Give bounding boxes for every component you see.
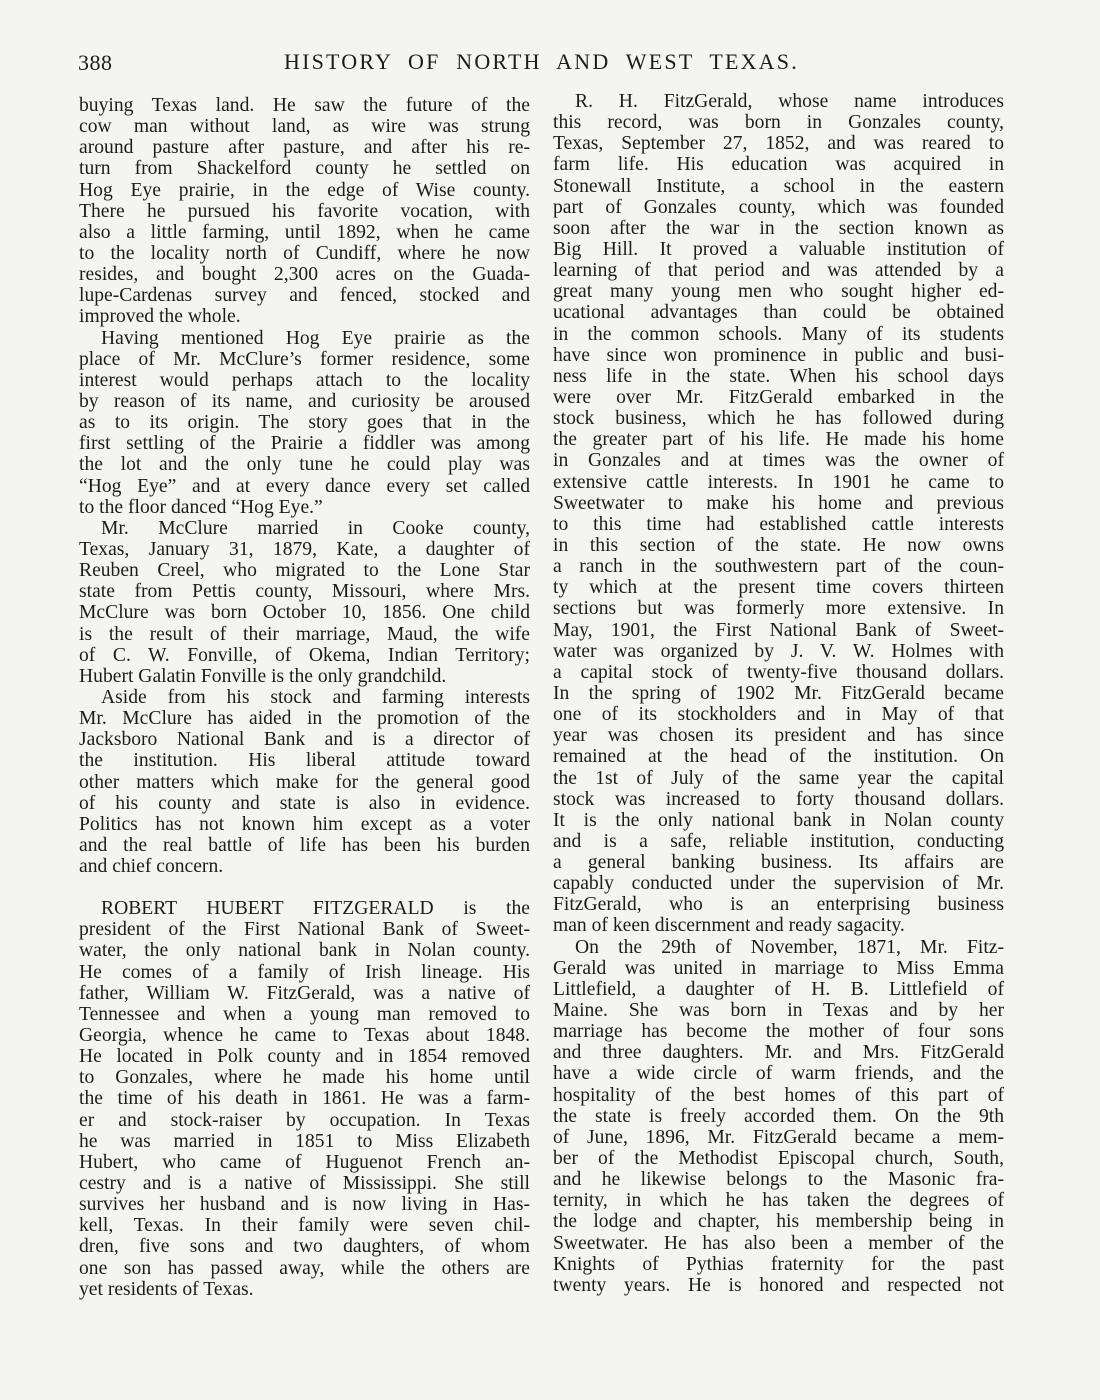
text-line: to the floor danced “Hog Eye.” xyxy=(79,497,530,518)
text-line: part of Gonzales county, which was found… xyxy=(553,197,1004,218)
text-line: er and stock-raiser by occupation. In Te… xyxy=(79,1110,530,1131)
running-title: HISTORY OF NORTH AND WEST TEXAS. xyxy=(284,49,799,75)
text-line: in this section of the state. He now own… xyxy=(553,535,1004,556)
text-line: It is the only national bank in Nolan co… xyxy=(553,810,1004,831)
text-line: first settling of the Prairie a fiddler … xyxy=(79,433,530,454)
text-line: ber of the Methodist Episcopal church, S… xyxy=(553,1148,1004,1169)
text-line: state from Pettis county, Missouri, wher… xyxy=(79,581,530,602)
text-line: McClure was born October 10, 1856. One c… xyxy=(79,602,530,623)
text-line: and he likewise belongs to the Masonic f… xyxy=(553,1169,1004,1190)
text-line: Reuben Creel, who migrated to the Lone S… xyxy=(79,560,530,581)
text-line: Politics has not known him except as a v… xyxy=(79,814,530,835)
text-line: There he pursued his favorite vocation, … xyxy=(79,201,530,222)
text-line: extensive cattle interests. In 1901 he c… xyxy=(553,472,1004,493)
text-line: turn from Shackelford county he settled … xyxy=(79,158,530,179)
text-line: cow man without land, as wire was strung xyxy=(79,116,530,137)
text-line: president of the First National Bank of … xyxy=(79,919,530,940)
text-line: of his county and state is also in evide… xyxy=(79,793,530,814)
paragraph: buying Texas land. He saw the future of … xyxy=(79,95,530,328)
text-line: Hubert Galatin Fonville is the only gran… xyxy=(79,666,530,687)
text-line: around pasture after pasture, and after … xyxy=(79,137,530,158)
text-line: Texas, September 27, 1852, and was reare… xyxy=(553,133,1004,154)
text-line: interest would perhaps attach to the loc… xyxy=(79,370,530,391)
text-line: one son has passed away, while the other… xyxy=(79,1258,530,1279)
text-line: kell, Texas. In their family were seven … xyxy=(79,1215,530,1236)
text-line: Sweetwater. He has also been a member of… xyxy=(553,1233,1004,1254)
text-line: He comes of a family of Irish lineage. H… xyxy=(79,962,530,983)
text-line: Mr. McClure married in Cooke county, xyxy=(79,518,530,539)
text-line: in the common schools. Many of its stude… xyxy=(553,324,1004,345)
text-line: this record, was born in Gonzales county… xyxy=(553,112,1004,133)
text-line: to Gonzales, where he made his home unti… xyxy=(79,1067,530,1088)
text-line: On the 29th of November, 1871, Mr. Fitz- xyxy=(553,937,1004,958)
text-line: Big Hill. It proved a valuable instituti… xyxy=(553,239,1004,260)
text-line: Aside from his stock and farming interes… xyxy=(79,687,530,708)
text-line: place of Mr. McClure’s former residence,… xyxy=(79,349,530,370)
text-line: FitzGerald, who is an enterprising busin… xyxy=(553,894,1004,915)
text-line: in Gonzales and at times was the owner o… xyxy=(553,450,1004,471)
text-line: of C. W. Fonville, of Okema, Indian Terr… xyxy=(79,645,530,666)
text-line: Jacksboro National Bank and is a directo… xyxy=(79,729,530,750)
text-line: yet residents of Texas. xyxy=(79,1279,530,1300)
paragraph: Aside from his stock and farming interes… xyxy=(79,687,530,877)
text-line: capably conducted under the supervision … xyxy=(553,873,1004,894)
text-line: Tennessee and when a young man removed t… xyxy=(79,1004,530,1025)
text-line: year was chosen its president and has si… xyxy=(553,725,1004,746)
text-line: improved the whole. xyxy=(79,306,530,327)
text-line: the time of his death in 1861. He was a … xyxy=(79,1088,530,1109)
text-line: water, the only national bank in Nolan c… xyxy=(79,940,530,961)
text-line: R. H. FitzGerald, whose name introduces xyxy=(553,91,1004,112)
text-line: resides, and bought 2,300 acres on the G… xyxy=(79,264,530,285)
text-line: also a little farming, until 1892, when … xyxy=(79,222,530,243)
text-line: stock was increased to forty thousand do… xyxy=(553,789,1004,810)
text-line: one of its stockholders and in May of th… xyxy=(553,704,1004,725)
text-line: Having mentioned Hog Eye prairie as the xyxy=(79,328,530,349)
text-line: Georgia, whence he came to Texas about 1… xyxy=(79,1025,530,1046)
text-line: Littlefield, a daughter of H. B. Littlef… xyxy=(553,979,1004,1000)
paragraph-gap xyxy=(79,877,530,898)
text-line: Gerald was united in marriage to Miss Em… xyxy=(553,958,1004,979)
text-line: “Hog Eye” and at every dance every set c… xyxy=(79,476,530,497)
text-line: buying Texas land. He saw the future of … xyxy=(79,95,530,116)
text-line: Mr. McClure has aided in the promotion o… xyxy=(79,708,530,729)
text-line: May, 1901, the First National Bank of Sw… xyxy=(553,620,1004,641)
text-line: to the locality north of Cundiff, where … xyxy=(79,243,530,264)
paragraph: Having mentioned Hog Eye prairie as thep… xyxy=(79,328,530,518)
text-line: the 1st of July of the same year the cap… xyxy=(553,768,1004,789)
text-line: Stonewall Institute, a school in the eas… xyxy=(553,176,1004,197)
text-line: the institution. His liberal attitude to… xyxy=(79,750,530,771)
page-number: 388 xyxy=(78,50,113,76)
text-line: as to its origin. The story goes that in… xyxy=(79,412,530,433)
text-line: and the real battle of life has been his… xyxy=(79,835,530,856)
text-line: have a wide circle of warm friends, and … xyxy=(553,1063,1004,1084)
text-line: Hog Eye prairie, in the edge of Wise cou… xyxy=(79,180,530,201)
text-line: other matters which make for the general… xyxy=(79,772,530,793)
text-line: He located in Polk county and in 1854 re… xyxy=(79,1046,530,1067)
text-line: the lot and the only tune he could play … xyxy=(79,454,530,475)
text-line: and chief concern. xyxy=(79,856,530,877)
text-line: he was married in 1851 to Miss Elizabeth xyxy=(79,1131,530,1152)
paragraph: R. H. FitzGerald, whose name introducest… xyxy=(553,91,1004,937)
text-line: ROBERT HUBERT FITZGERALD is the xyxy=(79,898,530,919)
text-line: have since won prominence in public and … xyxy=(553,345,1004,366)
text-line: ness life in the state. When his school … xyxy=(553,366,1004,387)
text-line: twenty years. He is honored and respecte… xyxy=(553,1275,1004,1296)
text-line: the state is freely accorded them. On th… xyxy=(553,1106,1004,1127)
text-line: In the spring of 1902 Mr. FitzGerald bec… xyxy=(553,683,1004,704)
text-line: marriage has become the mother of four s… xyxy=(553,1021,1004,1042)
text-line: a general banking business. Its affairs … xyxy=(553,852,1004,873)
text-line: ucational advantages than could be obtai… xyxy=(553,302,1004,323)
text-line: great many young men who sought higher e… xyxy=(553,281,1004,302)
text-line: were over Mr. FitzGerald embarked in the xyxy=(553,387,1004,408)
text-line: Knights of Pythias fraternity for the pa… xyxy=(553,1254,1004,1275)
text-line: soon after the war in the section known … xyxy=(553,218,1004,239)
text-line: of June, 1896, Mr. FitzGerald became a m… xyxy=(553,1127,1004,1148)
text-line: water was organized by J. V. W. Holmes w… xyxy=(553,641,1004,662)
text-line: farm life. His education was acquired in xyxy=(553,154,1004,175)
text-line: is the result of their marriage, Maud, t… xyxy=(79,624,530,645)
text-line: learning of that period and was attended… xyxy=(553,260,1004,281)
text-line: ternity, in which he has taken the degre… xyxy=(553,1190,1004,1211)
text-line: cestry and is a native of Mississippi. S… xyxy=(79,1173,530,1194)
right-text-column: R. H. FitzGerald, whose name introducest… xyxy=(553,91,1004,1296)
text-line: a capital stock of twenty-five thousand … xyxy=(553,662,1004,683)
text-line: the greater part of his life. He made hi… xyxy=(553,429,1004,450)
text-line: stock business, which he has followed du… xyxy=(553,408,1004,429)
text-line: Texas, January 31, 1879, Kate, a daughte… xyxy=(79,539,530,560)
text-line: remained at the head of the institution.… xyxy=(553,746,1004,767)
paragraph: On the 29th of November, 1871, Mr. Fitz-… xyxy=(553,937,1004,1296)
text-line: man of keen discernment and ready sagaci… xyxy=(553,915,1004,936)
text-line: the lodge and chapter, his membership be… xyxy=(553,1211,1004,1232)
text-line: Sweetwater to make his home and previous xyxy=(553,493,1004,514)
text-line: a ranch in the southwestern part of the … xyxy=(553,556,1004,577)
text-line: hospitality of the best homes of this pa… xyxy=(553,1085,1004,1106)
left-text-column: buying Texas land. He saw the future of … xyxy=(79,95,530,1300)
text-line: to this time had established cattle inte… xyxy=(553,514,1004,535)
text-line: and three daughters. Mr. and Mrs. FitzGe… xyxy=(553,1042,1004,1063)
text-line: and is a safe, reliable institution, con… xyxy=(553,831,1004,852)
text-line: dren, five sons and two daughters, of wh… xyxy=(79,1236,530,1257)
text-line: by reason of its name, and curiosity be … xyxy=(79,391,530,412)
text-line: sections but was formerly more extensive… xyxy=(553,598,1004,619)
paragraph: Mr. McClure married in Cooke county,Texa… xyxy=(79,518,530,687)
text-line: Maine. She was born in Texas and by her xyxy=(553,1000,1004,1021)
text-line: Hubert, who came of Huguenot French an- xyxy=(79,1152,530,1173)
text-line: survives her husband and is now living i… xyxy=(79,1194,530,1215)
text-line: father, William W. FitzGerald, was a nat… xyxy=(79,983,530,1004)
text-line: ty which at the present time covers thir… xyxy=(553,577,1004,598)
paragraph: ROBERT HUBERT FITZGERALD is thepresident… xyxy=(79,898,530,1300)
text-line: lupe-Cardenas survey and fenced, stocked… xyxy=(79,285,530,306)
